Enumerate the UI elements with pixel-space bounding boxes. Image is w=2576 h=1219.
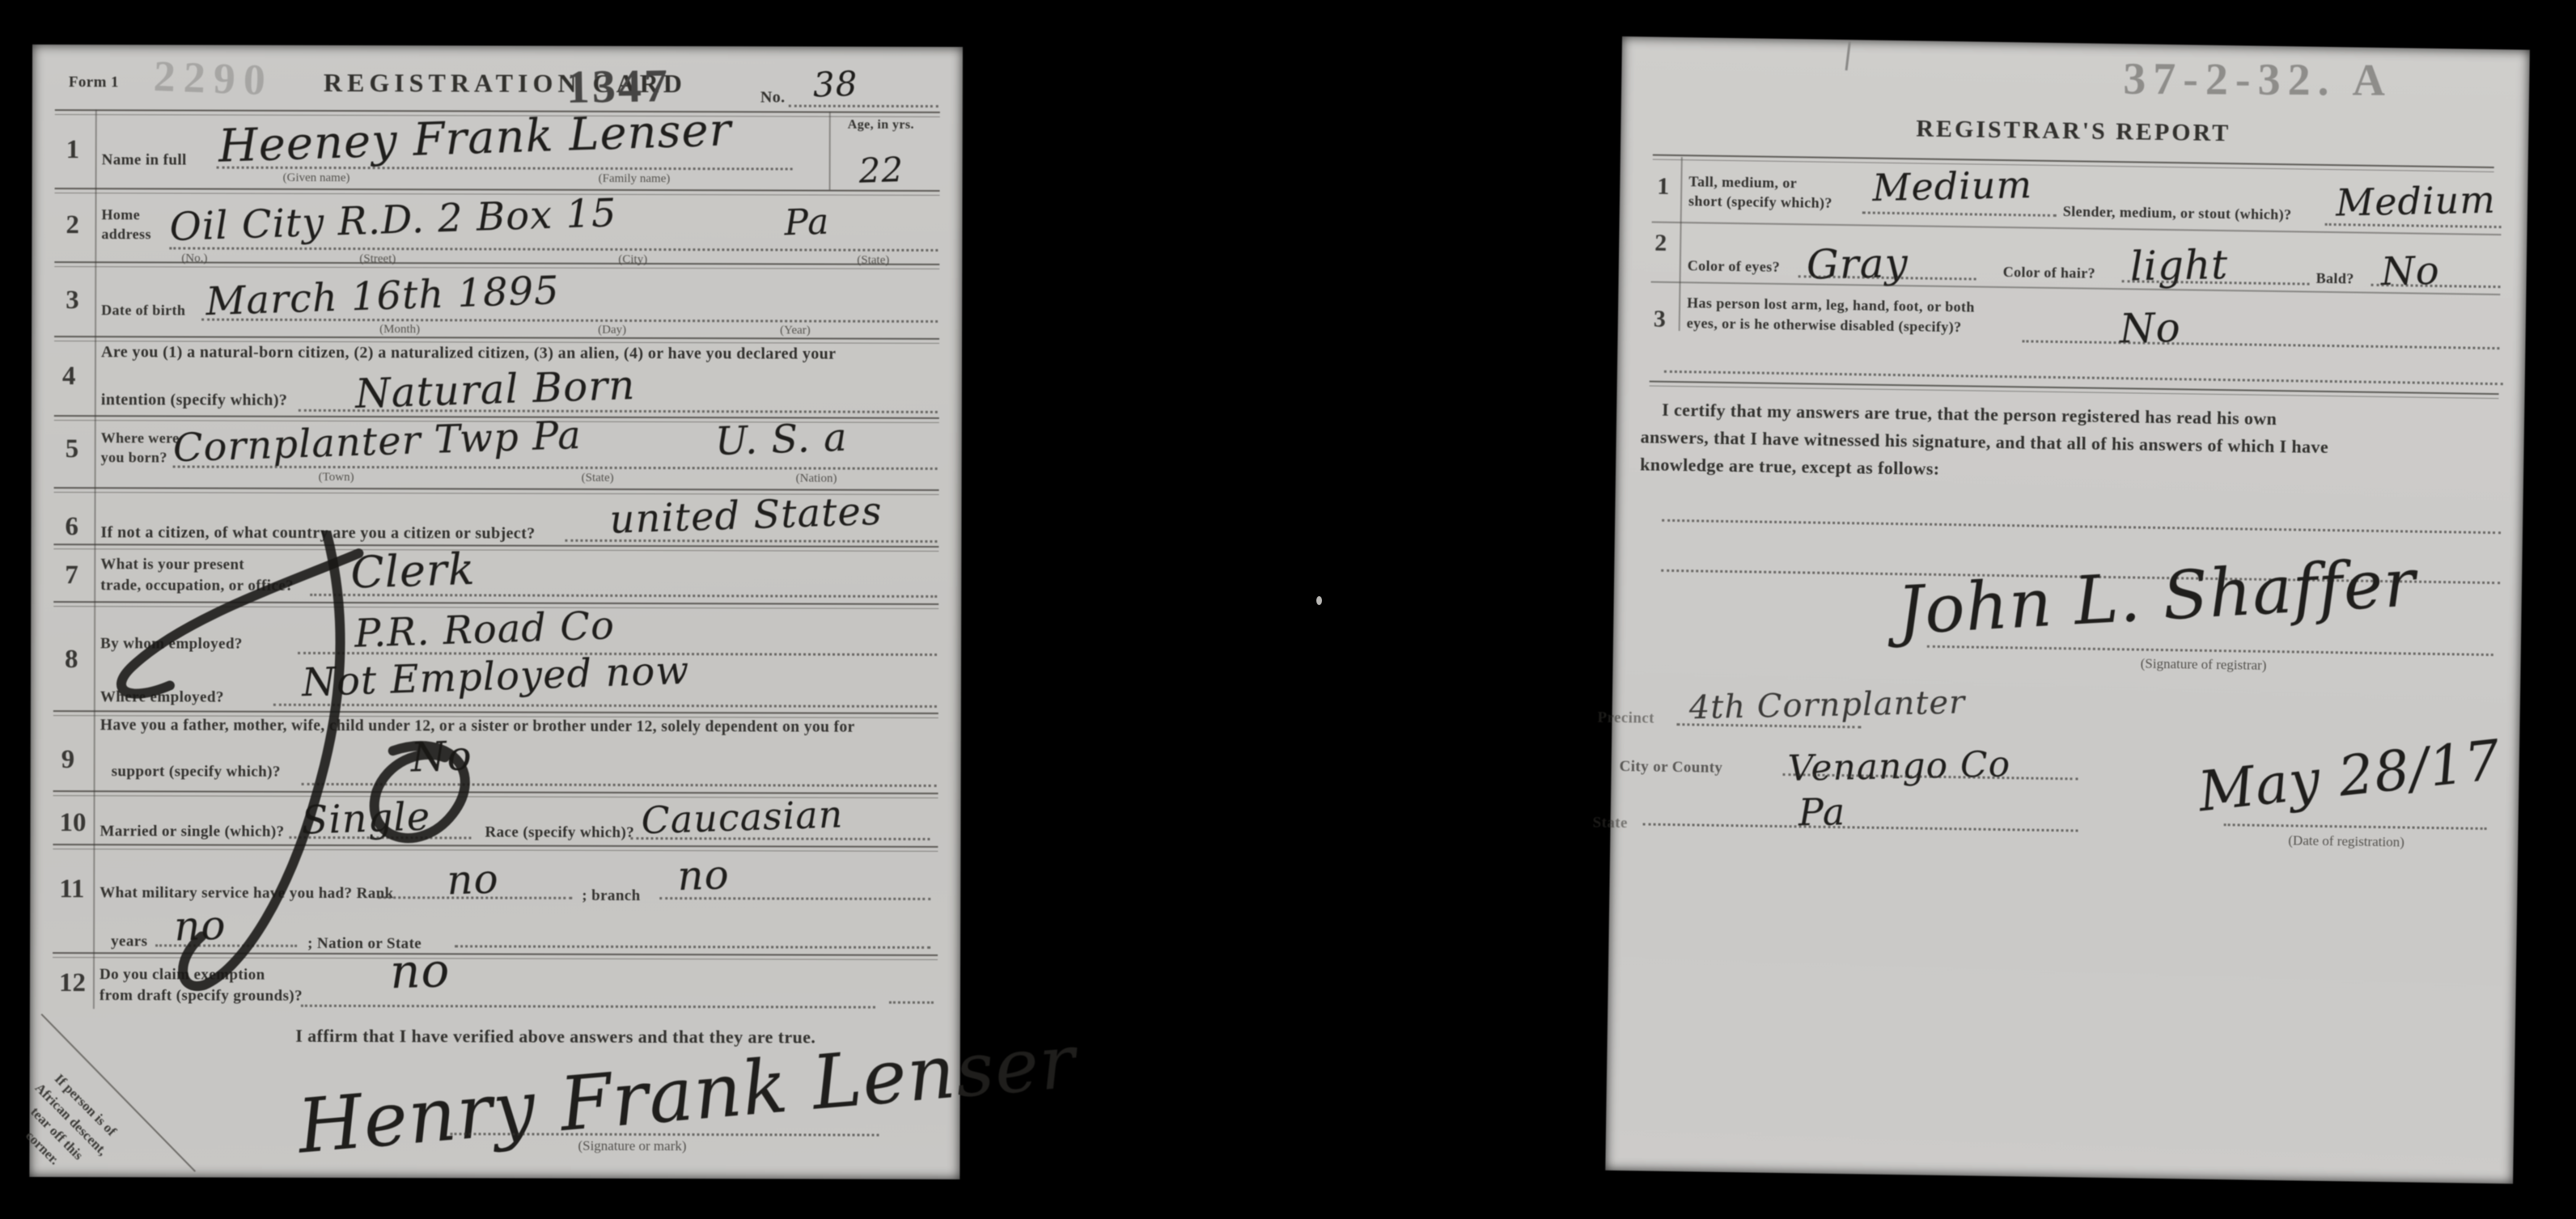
subject-value: united States	[609, 489, 883, 543]
race-value: Caucasian	[641, 792, 844, 842]
day-sublabel: (Day)	[598, 324, 626, 337]
county-value: Venango Co	[1787, 743, 2010, 789]
build-dotted-line	[2325, 223, 2502, 228]
age-box-divider	[829, 112, 831, 190]
report-row2-number: 2	[1654, 230, 1667, 257]
disability-value: No	[2119, 304, 2181, 353]
bald-label: Bald?	[2315, 270, 2354, 288]
build-label: Slender, medium, or stout (which)?	[2063, 203, 2292, 223]
registration-card: Form 1 2290 REGISTRATION CARD 1347 No. 3…	[29, 44, 963, 1179]
row2-number: 2	[66, 210, 79, 240]
report-row3-number: 3	[1654, 306, 1667, 333]
year-sublabel: (Year)	[780, 324, 811, 337]
state-sublabel: (State)	[582, 472, 614, 485]
row1-number: 1	[66, 135, 80, 165]
height-value: Medium	[1872, 163, 2033, 210]
family-name-sublabel: (Family name)	[599, 172, 671, 186]
age-label: Age, in yrs.	[848, 118, 914, 133]
county-label: City or County	[1619, 758, 1722, 777]
file-number-stamp: 37-2-32. A	[2123, 53, 2392, 107]
military-branch-label: ; branch	[582, 887, 640, 905]
state-label: State	[1592, 815, 1627, 833]
row9-number: 9	[61, 745, 75, 775]
birth-date-label: Date of birth	[101, 302, 185, 319]
row4-number: 4	[62, 362, 76, 392]
address-dotted-line	[169, 247, 938, 251]
report-row1-number: 1	[1657, 173, 1670, 201]
eyes-value: Gray	[1806, 239, 1909, 289]
row6-number: 6	[65, 512, 78, 542]
hair-label: Color of hair?	[2003, 264, 2096, 282]
stray-ink-tick	[1845, 41, 1851, 70]
registrars-report-card: 37-2-32. A REGISTRAR'S REPORT 1 Tall, me…	[1605, 36, 2530, 1183]
report-blank-dotted-2	[1662, 519, 2501, 534]
born-dotted-line	[173, 465, 938, 469]
born-where-label1: Where were	[101, 430, 180, 447]
row3-number: 3	[66, 286, 79, 315]
report-header-rule	[1653, 154, 2494, 172]
registration-date-label: (Date of registration)	[2288, 832, 2404, 850]
eyes-label: Color of eyes?	[1688, 257, 1781, 276]
branch-dotted-line	[659, 897, 930, 900]
precinct-label: Precinct	[1597, 709, 1654, 728]
birth-date-value: March 16th 1895	[205, 268, 560, 324]
registrar-signature-label: (Signature of registrar)	[2098, 655, 2308, 675]
exemption-dotted-tail	[889, 1001, 934, 1004]
town-sublabel: (Town)	[319, 471, 354, 485]
corner-note: If person is of African descent, tear of…	[0, 1036, 154, 1217]
month-sublabel: (Month)	[379, 323, 420, 336]
nation-state-dotted-line	[455, 945, 930, 949]
precinct-dotted-line	[1676, 723, 1861, 728]
born-where-value: Cornplanter Twp Pa	[172, 413, 583, 471]
bald-value: No	[2380, 248, 2440, 294]
born-where-label2: you born?	[101, 449, 167, 466]
row3-rule	[54, 336, 939, 344]
disability-label2: eyes, or is he otherwise disabled (speci…	[1687, 315, 1962, 336]
ghost-stamp: 2290	[153, 51, 274, 106]
race-label: Race (specify which)?	[485, 823, 634, 841]
row5-number: 5	[66, 434, 79, 464]
row2-rule	[54, 261, 939, 269]
report-number-column-line	[1679, 157, 1683, 331]
nation-sublabel: (Nation)	[796, 472, 837, 485]
certify-line2: answers, that I have witnessed his signa…	[1640, 426, 2328, 458]
address-value: Oil City R.D. 2 Box 15	[169, 190, 618, 250]
certify-line1: I certify that my answers are true, that…	[1662, 400, 2277, 430]
height-label1: Tall, medium, or	[1688, 173, 1797, 192]
citizen-question-line2: intention (specify which)?	[101, 391, 287, 410]
age-value: 22	[858, 150, 905, 191]
disability-dotted-line	[2022, 340, 2499, 349]
registration-date-dotted-line	[2224, 823, 2487, 830]
scan-speck	[1316, 596, 1322, 605]
row8-number: 8	[65, 645, 78, 675]
name-label: Name in full	[102, 151, 187, 169]
signature-or-mark-label: (Signature or mark)	[511, 1138, 753, 1155]
height-dotted-line	[1862, 211, 2057, 217]
birth-dotted-line	[201, 319, 938, 323]
disability-label1: Has person lost arm, leg, hand, foot, or…	[1687, 294, 1975, 315]
precinct-value: 4th Cornplanter	[1688, 684, 1965, 726]
born-nation-value: U. S. a	[714, 415, 849, 464]
given-name-sublabel: (Given name)	[283, 171, 350, 185]
certify-line3: knowledge are true, except as follows:	[1640, 454, 1940, 479]
home-label: Home	[101, 206, 140, 223]
build-value: Medium	[2336, 178, 2497, 225]
ink-scrawl-mark	[78, 530, 501, 1016]
report-title: REGISTRAR'S REPORT	[1916, 115, 2231, 147]
no-label: No.	[761, 88, 786, 107]
row7-number: 7	[65, 561, 78, 590]
no-dotted-line	[789, 104, 938, 107]
registration-date-value: May 28/17	[2195, 729, 2503, 825]
address-state-value: Pa	[784, 201, 830, 244]
citizen-question-line1: Are you (1) a natural-born citizen, (2) …	[101, 343, 836, 363]
registrar-signature: John L. Shaffer	[1896, 544, 2418, 650]
state-dotted-line	[1643, 823, 2078, 832]
scan-background: Form 1 2290 REGISTRATION CARD 1347 No. 3…	[0, 0, 2576, 1219]
registrar-signature-dotted-line	[1927, 645, 2493, 656]
military-branch-value: no	[676, 851, 730, 899]
form-number-label: Form 1	[69, 74, 119, 91]
no-value: 38	[812, 64, 858, 105]
address-label: address	[101, 226, 151, 243]
report-section-rule	[1650, 381, 2499, 400]
height-label2: short (specify which)?	[1688, 193, 1832, 212]
